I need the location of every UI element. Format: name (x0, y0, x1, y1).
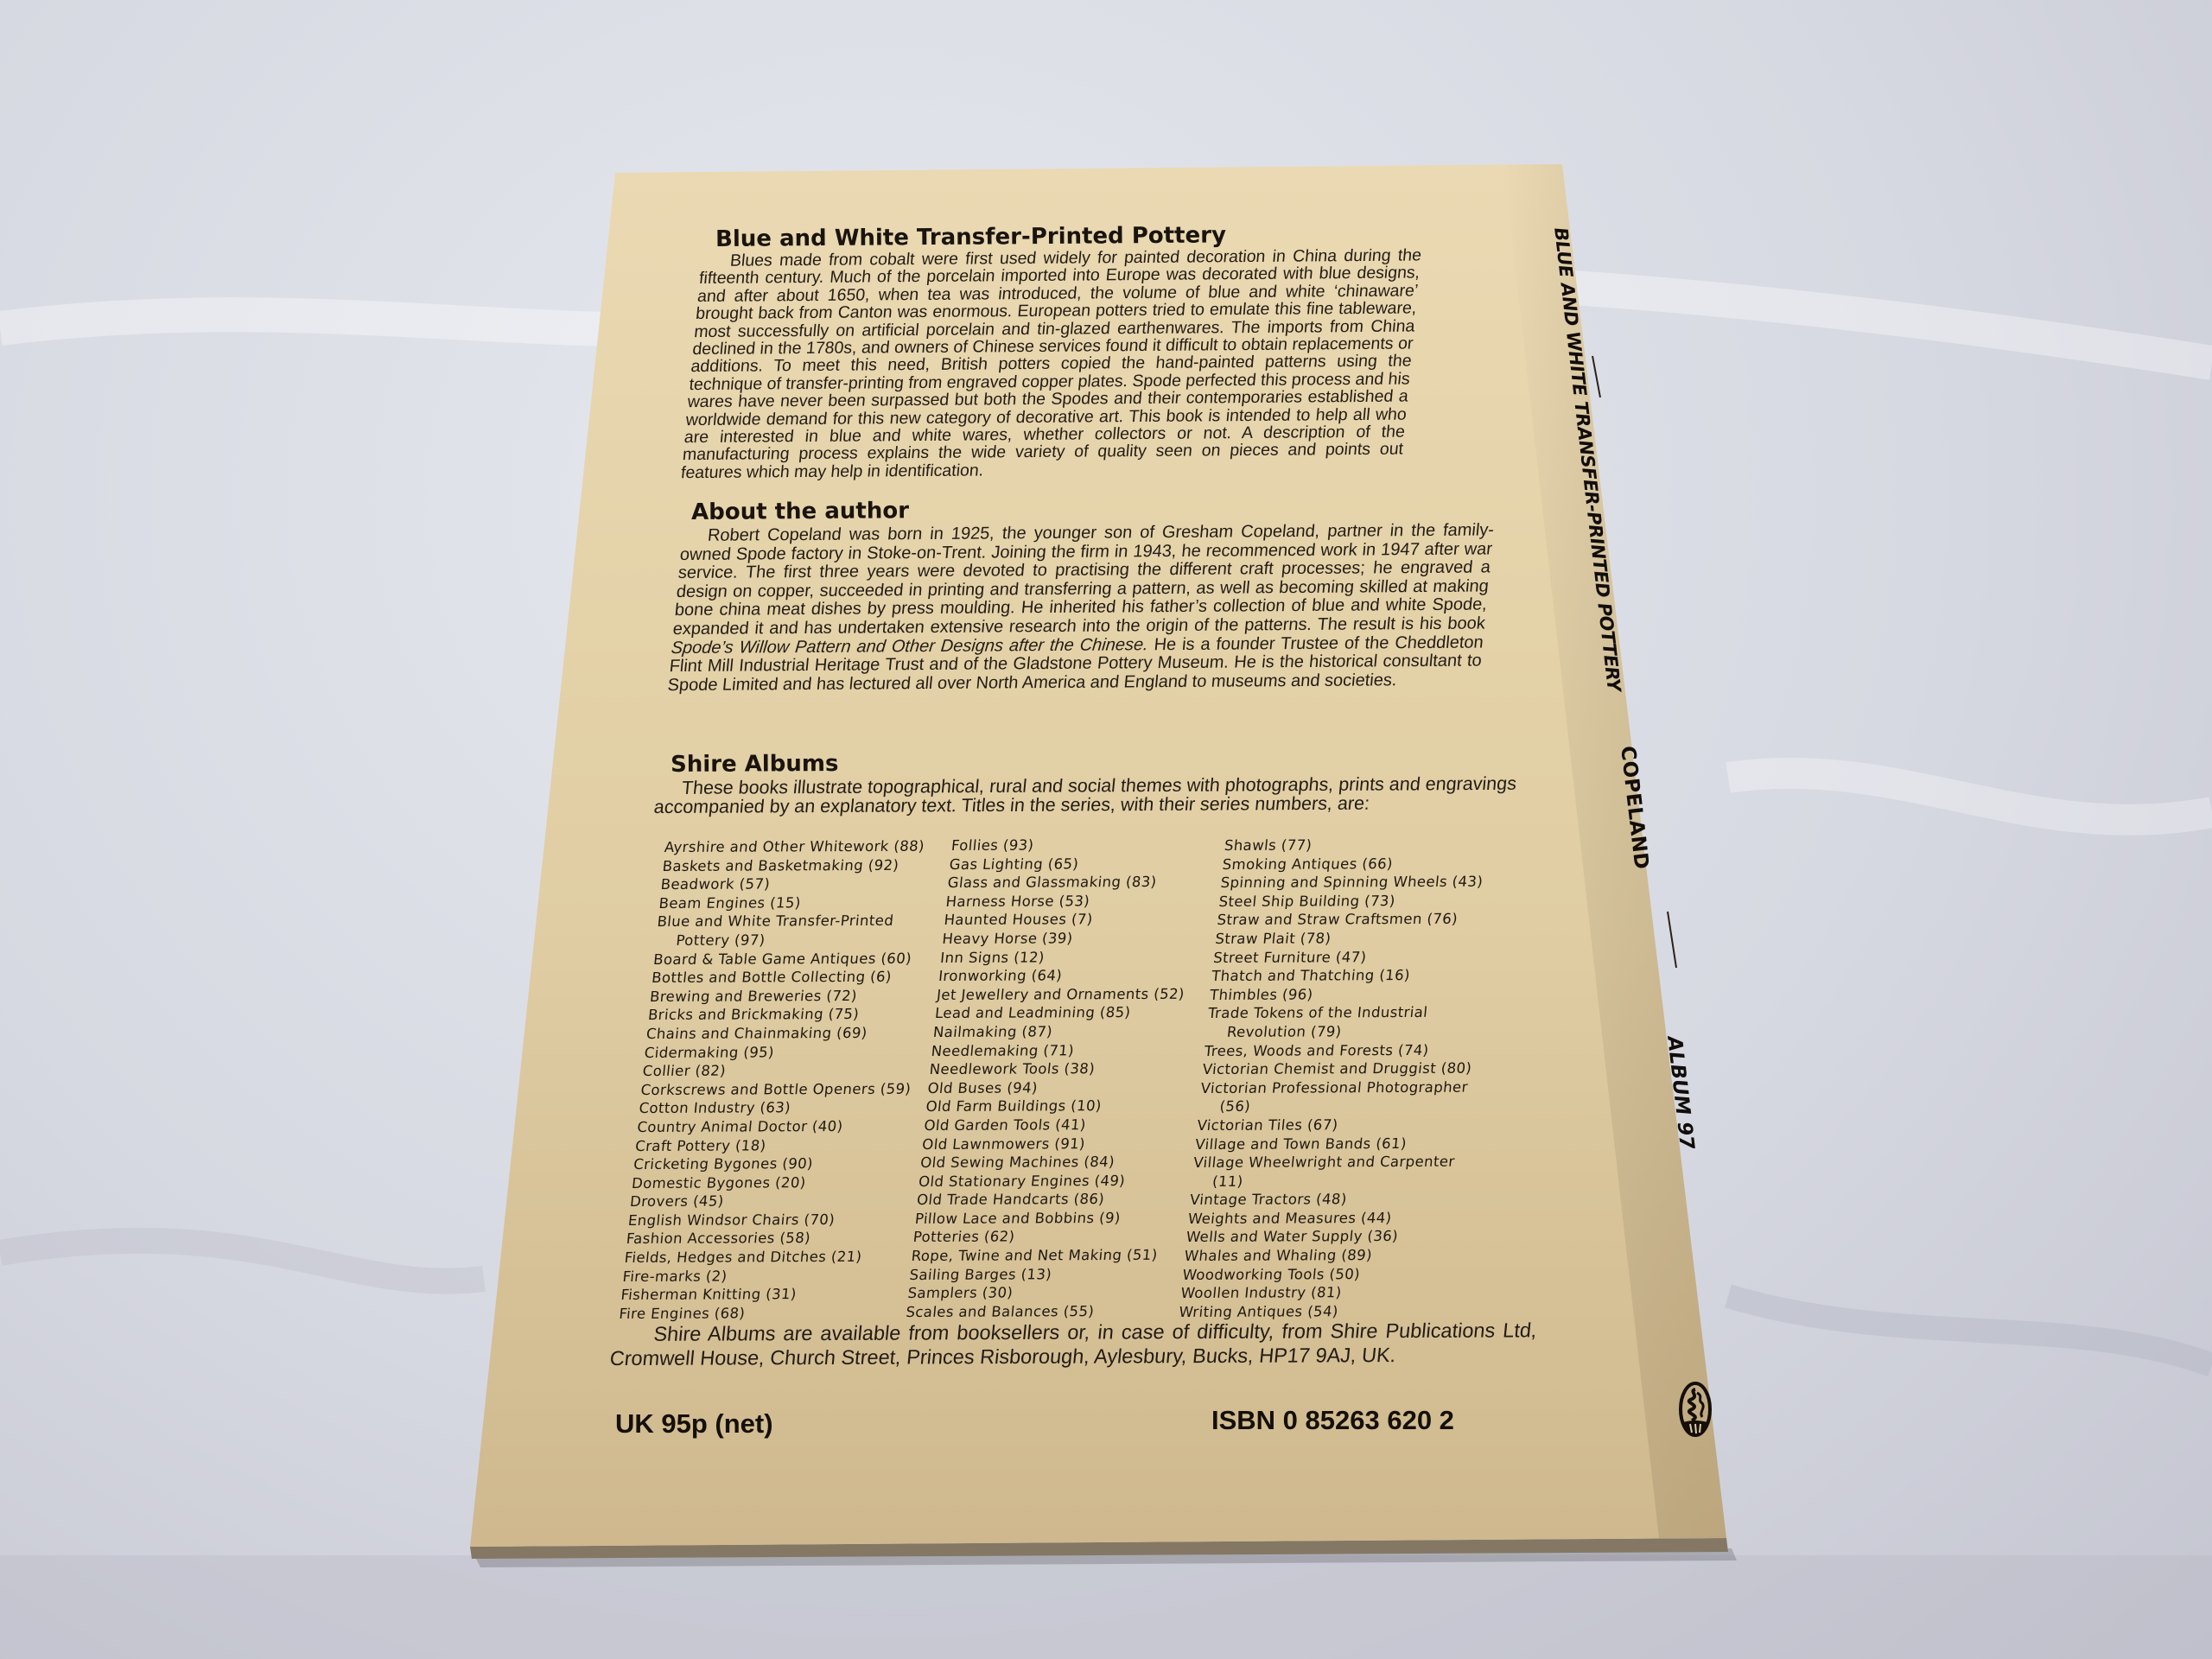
series-list-item: Potteries (62) (912, 1227, 1162, 1247)
series-list-item: Ironworking (64) (938, 966, 1187, 986)
series-list-item: Beam Engines (15) (658, 893, 931, 912)
series-list-item: Fields, Hedges and Ditches (21) (624, 1248, 896, 1268)
series-list-item: Shawls (77) (1224, 836, 1495, 855)
isbn-label: ISBN 0 85263 620 2 (1211, 1405, 1454, 1436)
series-list-item: Scales and Balances (55) (905, 1302, 1154, 1322)
series-list-item: English Windsor Chairs (70) (627, 1211, 899, 1230)
series-list-item: Harness Horse (53) (945, 892, 1195, 912)
cover-text-layer: Blue and White Transfer-Printed Pottery … (0, 0, 2212, 1659)
series-list-item: Woodworking Tools (50) (1182, 1264, 1453, 1284)
series-list-item: Old Trade Handcarts (86) (916, 1190, 1166, 1210)
description-body: Blues made from cobalt were first used w… (680, 246, 1422, 481)
series-list-item: Jet Jewellery and Ornaments (52) (936, 984, 1185, 1004)
series-list-item: Board & Table Game Antiques (60) (652, 949, 925, 969)
series-list-item: Cricketing Bygones (90) (632, 1154, 905, 1174)
series-list-item: Country Animal Doctor (40) (636, 1117, 908, 1137)
series-list-item: Needlework Tools (38) (929, 1059, 1179, 1079)
series-list-item: Needlemaking (71) (931, 1040, 1180, 1060)
series-list-item: Old Buses (94) (927, 1077, 1177, 1097)
series-list-item: Smoking Antiques (66) (1222, 854, 1493, 874)
series-list-item: Craft Pottery (18) (634, 1135, 906, 1155)
series-list-column-2: Follies (93)Gas Lighting (65)Glass and G… (905, 836, 1199, 1322)
series-list-item: Victorian Chemist and Druggist (80) (1202, 1059, 1473, 1079)
spine-author: COPELAND (1616, 745, 1652, 871)
series-heading: Shire Albums (671, 751, 839, 778)
series-list-item: Beadwork (57) (660, 874, 932, 894)
series-list-item: Trees, Woods and Forests (74) (1204, 1040, 1475, 1060)
series-list-item: Nailmaking (87) (932, 1022, 1182, 1042)
series-list-item: Bottles and Bottle Collecting (6) (651, 968, 923, 988)
book-back-cover: Blue and White Transfer-Printed Pottery … (0, 0, 2212, 1659)
series-list-item: Brewing and Breweries (72) (649, 986, 921, 1006)
series-intro: These books illustrate topographical, ru… (653, 775, 1517, 817)
series-list-column-3: Shawls (77)Smoking Antiques (66)Spinning… (1178, 836, 1494, 1322)
series-list-item: Follies (93) (950, 836, 1200, 855)
series-list-item: Cotton Industry (63) (639, 1098, 911, 1118)
series-list-item: Samplers (30) (907, 1283, 1157, 1303)
series-list-item: Street Furniture (47) (1212, 947, 1484, 967)
series-list-item: Corkscrews and Bottle Openers (59) (640, 1079, 912, 1099)
series-list-item: Blue and White Transfer-Printed (657, 912, 929, 931)
series-list-item: Gas Lighting (65) (949, 854, 1198, 874)
series-list-item: Ayrshire and Other Whitework (88) (664, 837, 936, 857)
series-list-item: Baskets and Basketmaking (92) (662, 855, 934, 875)
series-list-item-continuation: Revolution (79) (1205, 1022, 1477, 1042)
series-list-item: Old Garden Tools (41) (923, 1116, 1173, 1135)
series-list-item: Straw Plait (78) (1214, 929, 1485, 949)
series-section: Shire Albums (671, 751, 839, 778)
series-list-item: Old Sewing Machines (84) (919, 1153, 1169, 1173)
series-list-item: Fisherman Knitting (31) (620, 1285, 893, 1305)
series-list-item: Inn Signs (12) (939, 947, 1189, 967)
series-list-item: Rope, Twine and Net Making (51) (911, 1246, 1160, 1266)
series-list-item: Victorian Professional Photographer (1200, 1077, 1471, 1097)
series-list-item: Spinning and Spinning Wheels (43) (1220, 873, 1491, 893)
spine-album-number: ALBUM 97 (1662, 1035, 1698, 1151)
series-list-item: Thatch and Thatching (16) (1211, 966, 1482, 986)
spine-title: BLUE AND WHITE TRANSFER-PRINTED POTTERY (1550, 226, 1624, 692)
series-list-item: Heavy Horse (39) (941, 929, 1191, 949)
series-list-item: Whales and Whaling (89) (1184, 1246, 1455, 1266)
series-list-item: Drovers (45) (629, 1192, 901, 1211)
series-list-item: Trade Tokens of the Industrial (1207, 1003, 1478, 1023)
series-list-item: Bricks and Brickmaking (75) (647, 1005, 919, 1025)
series-list-item: Cidermaking (95) (644, 1042, 916, 1062)
series-list-item: Domestic Bygones (20) (631, 1173, 903, 1192)
series-list-item: Victorian Tiles (67) (1196, 1116, 1467, 1135)
series-list-item: Fire-marks (2) (622, 1266, 894, 1286)
series-list-item: Lead and Leadmining (85) (934, 1003, 1184, 1023)
series-list-item: Village Wheelwright and Carpenter (1192, 1153, 1464, 1173)
series-list-item: Fashion Accessories (58) (626, 1229, 898, 1249)
series-list-item: Old Lawnmowers (91) (921, 1134, 1171, 1154)
series-list-item: Glass and Glassmaking (83) (947, 873, 1197, 893)
series-list-item: Old Stationary Engines (49) (918, 1171, 1167, 1191)
series-list-item-continuation: (56) (1198, 1096, 1470, 1116)
series-list-item: Pillow Lace and Bobbins (9) (914, 1209, 1164, 1229)
series-list-item: Vintage Tractors (48) (1189, 1190, 1460, 1210)
series-list-item: Wells and Water Supply (36) (1185, 1227, 1457, 1247)
author-section: About the author (691, 498, 909, 525)
series-list-item: Sailing Barges (13) (909, 1264, 1159, 1284)
series-list-item: Village and Town Bands (61) (1194, 1134, 1465, 1154)
availability-text: Shire Albums are available from booksell… (609, 1318, 1538, 1370)
author-body-text-1: Robert Copeland was born in 1925, the yo… (672, 520, 1495, 639)
series-list-item-continuation: (11) (1191, 1171, 1462, 1191)
series-list-item: Chains and Chainmaking (69) (645, 1024, 918, 1044)
series-list-item: Woollen Industry (81) (1180, 1283, 1452, 1303)
series-list-item: Thimbles (96) (1209, 984, 1480, 1004)
series-list-item: Haunted Houses (7) (944, 910, 1193, 930)
author-heading: About the author (691, 498, 909, 525)
series-list-item: Steel Ship Building (73) (1218, 891, 1490, 911)
price-label: UK 95p (net) (615, 1408, 773, 1440)
series-list-item: Old Farm Buildings (10) (925, 1096, 1175, 1116)
series-list-column-1: Ayrshire and Other Whitework (88)Baskets… (618, 837, 935, 1324)
series-list-item-continuation: Pottery (97) (654, 931, 926, 950)
series-list-item: Weights and Measures (44) (1187, 1209, 1459, 1229)
author-body: Robert Copeland was born in 1925, the yo… (667, 521, 1495, 695)
series-list-item: Straw and Straw Craftsmen (76) (1217, 910, 1488, 930)
shire-tree-logo-icon (1678, 1381, 1713, 1438)
series-list-item: Collier (82) (642, 1061, 914, 1081)
